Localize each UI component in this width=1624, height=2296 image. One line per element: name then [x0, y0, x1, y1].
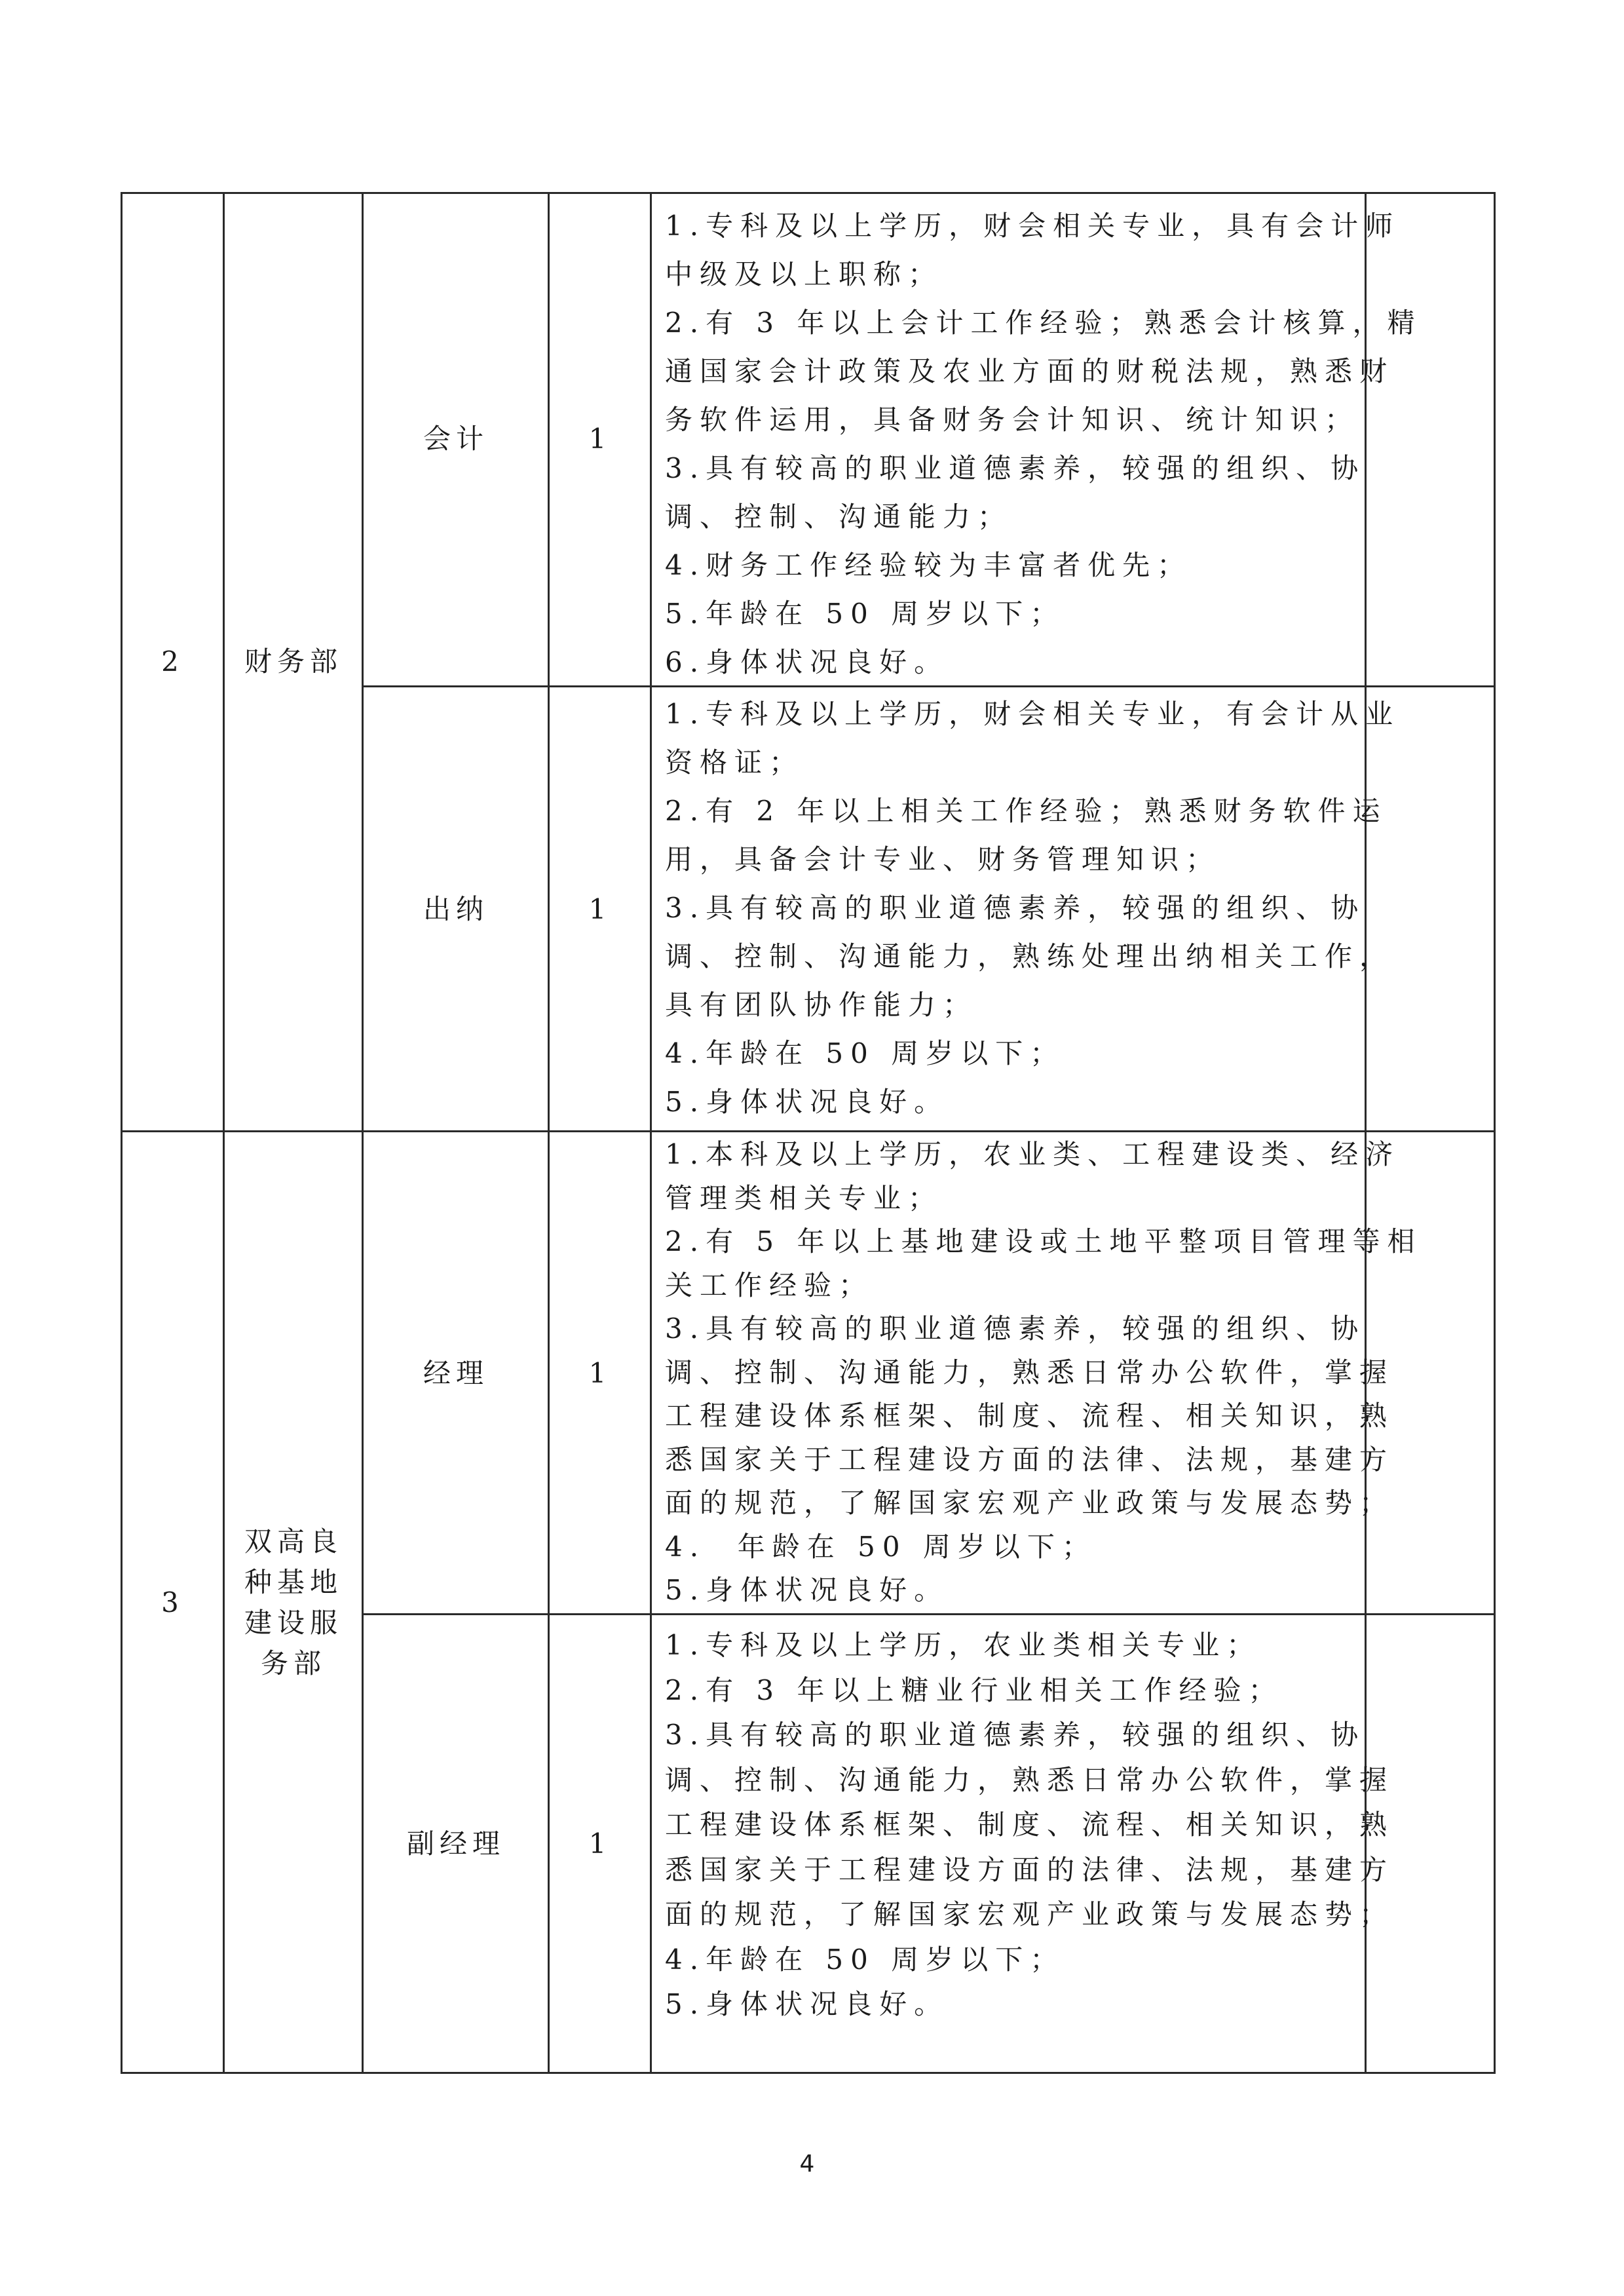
- position-title: 副经理: [364, 1615, 548, 2073]
- requirement-line: 2.有 3 年以上会计工作经验；熟悉会计核算，精: [665, 299, 1363, 347]
- position-title-value: 会计: [423, 419, 489, 459]
- position-count: 1: [550, 1615, 651, 2073]
- requirement-line: 工程建设体系框架、制度、流程、相关知识，熟: [665, 1803, 1363, 1848]
- requirement-line: 2.有 2 年以上相关工作经验；熟悉财务软件运: [665, 787, 1363, 835]
- section-index: 3: [122, 1132, 223, 2073]
- requirement-line: 用，具备会计专业、财务管理知识；: [665, 835, 1363, 884]
- position-title-value: 副经理: [407, 1824, 505, 1864]
- requirement-line: 面的规范，了解国家宏观产业政策与发展态势；: [665, 1482, 1363, 1525]
- remarks-cell: [1367, 194, 1494, 685]
- requirement-line: 务软件运用，具备财务会计知识、统计知识；: [665, 396, 1363, 444]
- department-name-value: 财务部: [244, 641, 343, 682]
- requirement-line: 资格证；: [665, 738, 1363, 787]
- position-count-value: 1: [589, 889, 612, 930]
- requirement-line: 悉国家关于工程建设方面的法律、法规，基建方: [665, 1848, 1363, 1893]
- requirement-line: 1.本科及以上学历，农业类、工程建设类、经济: [665, 1133, 1363, 1177]
- remarks-cell: [1367, 1132, 1494, 1613]
- position-title-value: 经理: [423, 1353, 489, 1394]
- position-count: 1: [550, 193, 651, 685]
- department-name-line: 务部: [261, 1643, 326, 1684]
- requirements-list: 1.专科及以上学历，财会相关专业，有会计从业 资格证； 2.有 2 年以上相关工…: [665, 690, 1363, 1126]
- department-name: 双高良 种基地 建设服 务部: [225, 1132, 362, 2073]
- requirement-line: 具有团队协作能力；: [665, 981, 1363, 1029]
- page-number: 4: [786, 2151, 828, 2177]
- requirement-line: 4.年龄在 50 周岁以下；: [665, 1938, 1363, 1983]
- position-title: 会计: [364, 193, 548, 685]
- requirement-line: 通国家会计政策及农业方面的财税法规，熟悉财: [665, 347, 1363, 396]
- position-title: 出纳: [364, 687, 548, 1131]
- requirement-line: 调、控制、沟通能力；: [665, 493, 1363, 541]
- document-page: 2 财务部 会计 1 1.专科及以上学历，财会相关专业，具有会计师 中级及以上职…: [0, 0, 1624, 2296]
- position-title-value: 出纳: [423, 889, 489, 930]
- section-index: 2: [122, 193, 223, 1131]
- requirements-list: 1.专科及以上学历，农业类相关专业； 2.有 3 年以上糖业行业相关工作经验； …: [665, 1623, 1363, 2027]
- requirements-list: 1.专科及以上学历，财会相关专业，具有会计师 中级及以上职称； 2.有 3 年以…: [665, 202, 1363, 687]
- department-name-line: 双高良: [244, 1521, 343, 1562]
- requirement-line: 4.年龄在 50 周岁以下；: [665, 1029, 1363, 1078]
- requirement-line: 6.身体状况良好。: [665, 638, 1363, 687]
- requirement-line: 3.具有较高的职业道德素养，较强的组织、协: [665, 444, 1363, 493]
- requirement-line: 2.有 3 年以上糖业行业相关工作经验；: [665, 1668, 1363, 1713]
- col-border-right: [1494, 192, 1496, 2074]
- requirement-line: 2.有 5 年以上基地建设或土地平整项目管理等相: [665, 1220, 1363, 1264]
- requirement-line: 3.具有较高的职业道德素养，较强的组织、协: [665, 1713, 1363, 1758]
- requirement-line: 工程建设体系框架、制度、流程、相关知识，熟: [665, 1394, 1363, 1438]
- requirement-line: 4.财务工作经验较为丰富者优先；: [665, 541, 1363, 590]
- requirement-line: 悉国家关于工程建设方面的法律、法规，基建方: [665, 1438, 1363, 1482]
- requirement-line: 管理类相关专业；: [665, 1177, 1363, 1221]
- remarks-cell: [1367, 687, 1494, 1130]
- requirement-line: 3.具有较高的职业道德素养，较强的组织、协: [665, 884, 1363, 932]
- requirement-line: 3.具有较高的职业道德素养，较强的组织、协: [665, 1307, 1363, 1351]
- remarks-cell: [1367, 1615, 1494, 2072]
- requirements-list: 1.本科及以上学历，农业类、工程建设类、经济 管理类相关专业； 2.有 5 年以…: [665, 1133, 1363, 1613]
- requirement-line: 关工作经验；: [665, 1264, 1363, 1308]
- position-count: 1: [550, 687, 651, 1131]
- department-name-line: 种基地: [244, 1562, 343, 1603]
- requirement-line: 4. 年龄在 50 周岁以下；: [665, 1525, 1363, 1569]
- section-index-value: 3: [161, 1582, 184, 1623]
- position-count-value: 1: [589, 1824, 612, 1864]
- requirement-line: 5.年龄在 50 周岁以下；: [665, 590, 1363, 638]
- position-count-value: 1: [589, 419, 612, 459]
- position-count-value: 1: [589, 1353, 612, 1394]
- position-title: 经理: [364, 1132, 548, 1614]
- department-name: 财务部: [225, 193, 362, 1131]
- requirement-line: 调、控制、沟通能力，熟悉日常办公软件，掌握: [665, 1351, 1363, 1395]
- requirement-line: 5.身体状况良好。: [665, 1078, 1363, 1126]
- requirement-line: 5.身体状况良好。: [665, 1569, 1363, 1613]
- requirement-line: 1.专科及以上学历，财会相关专业，具有会计师: [665, 202, 1363, 250]
- requirement-line: 5.身体状况良好。: [665, 1982, 1363, 2027]
- requirement-line: 面的规范，了解国家宏观产业政策与发展态势；: [665, 1892, 1363, 1938]
- requirement-line: 中级及以上职称；: [665, 250, 1363, 299]
- requirement-line: 1.专科及以上学历，财会相关专业，有会计从业: [665, 690, 1363, 738]
- position-count: 1: [550, 1132, 651, 1614]
- requirement-line: 调、控制、沟通能力，熟悉日常办公软件，掌握: [665, 1758, 1363, 1803]
- requirement-line: 1.专科及以上学历，农业类相关专业；: [665, 1623, 1363, 1668]
- section-index-value: 2: [161, 641, 184, 682]
- department-name-line: 建设服: [244, 1603, 343, 1643]
- requirement-line: 调、控制、沟通能力，熟练处理出纳相关工作，: [665, 932, 1363, 981]
